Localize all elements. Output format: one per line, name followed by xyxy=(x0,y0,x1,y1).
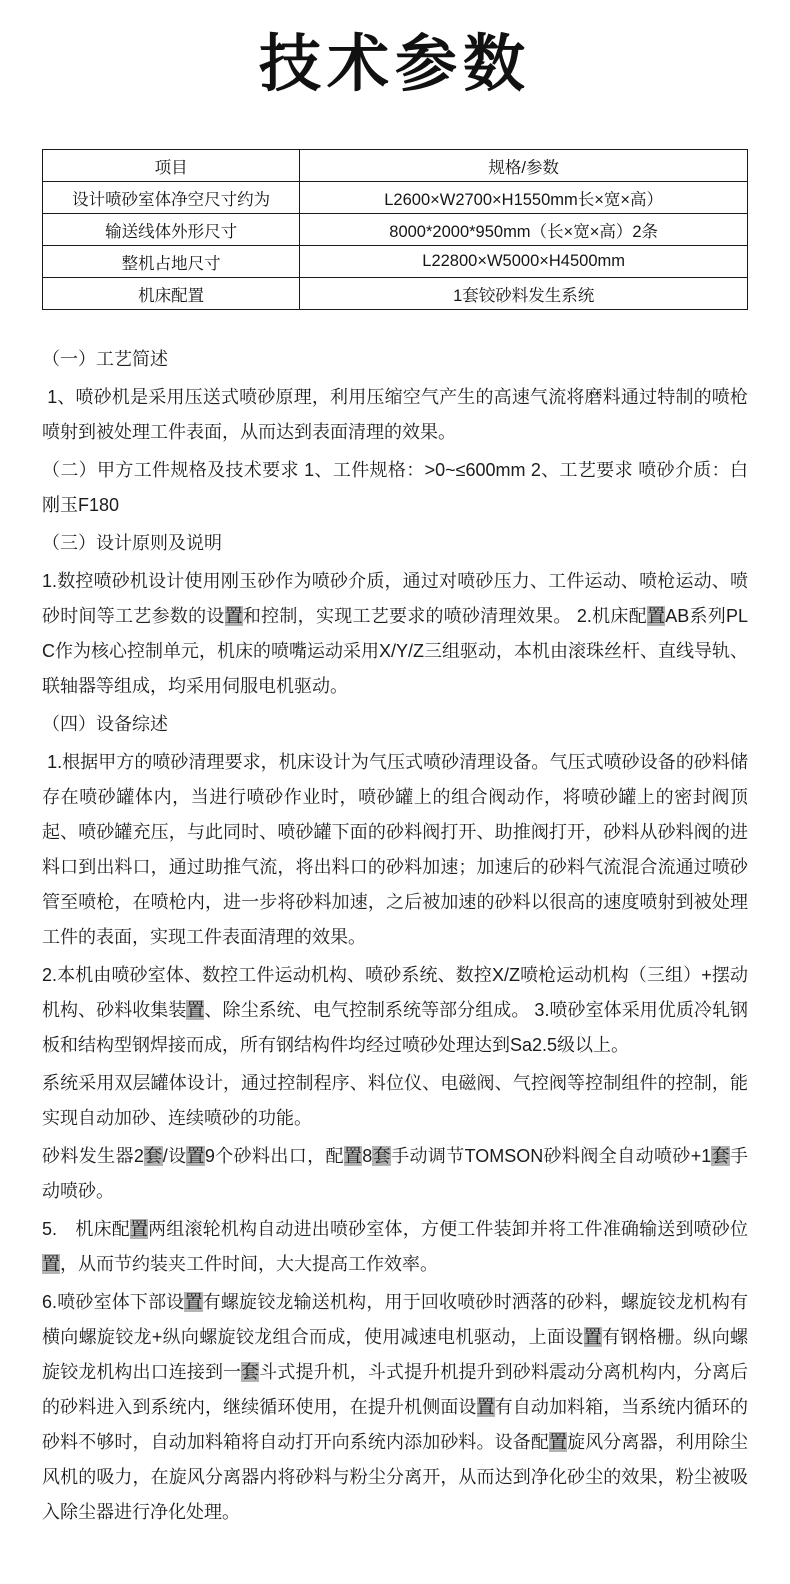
page-title: 技术参数 xyxy=(0,14,790,103)
paragraph: 2.本机由喷砂室体、数控工件运动机构、喷砂系统、数控X/Z喷枪运动机构（三组）+… xyxy=(42,958,748,1063)
highlighted-char: 置 xyxy=(184,1292,202,1312)
spec-item-cell: 输送线体外形尺寸 xyxy=(43,214,300,246)
highlighted-char: 置 xyxy=(42,1254,60,1274)
spec-value-cell: L22800×W5000×H4500mm xyxy=(300,246,748,278)
highlighted-char: 套 xyxy=(241,1362,259,1382)
spec-item-cell: 整机占地尺寸 xyxy=(43,246,300,278)
paragraph: 6.喷砂室体下部设置有螺旋铰龙输送机构，用于回收喷砂时洒落的砂料，螺旋铰龙机构有… xyxy=(42,1285,748,1530)
spec-table-header-spec: 规格/参数 xyxy=(300,150,748,182)
paragraph: （二）甲方工件规格及技术要求 1、工件规格：>0~≤600mm 2、工艺要求 喷… xyxy=(42,453,748,523)
spec-item-cell: 机床配置 xyxy=(43,278,300,310)
highlighted-char: 置 xyxy=(549,1432,567,1452)
highlighted-char: 置 xyxy=(130,1219,148,1239)
highlighted-char: 置 xyxy=(584,1327,602,1347)
paragraph: （一）工艺简述 xyxy=(42,342,748,377)
spec-table-header-item: 项目 xyxy=(43,150,300,182)
highlighted-char: 套 xyxy=(711,1146,730,1166)
paragraph: （三）设计原则及说明 xyxy=(42,526,748,561)
highlighted-char: 套 xyxy=(144,1146,163,1166)
paragraph: 1、喷砂机是采用压送式喷砂原理，利用压缩空气产生的高速气流将磨料通过特制的喷枪喷… xyxy=(42,380,748,450)
paragraph: 系统采用双层罐体设计，通过控制程序、料位仪、电磁阀、气控阀等控制组件的控制，能实… xyxy=(42,1066,748,1136)
spec-value-cell: 1套铰砂料发生系统 xyxy=(300,278,748,310)
highlighted-char: 置 xyxy=(186,1146,204,1166)
spec-table-row: 机床配置1套铰砂料发生系统 xyxy=(43,278,748,310)
spec-table-body: 设计喷砂室体净空尺寸约为L2600×W2700×H1550mm长×宽×高）输送线… xyxy=(43,182,748,310)
spec-value-cell: 8000*2000*950mm（长×宽×高）2条 xyxy=(300,214,748,246)
paragraph: 1.数控喷砂机设计使用刚玉砂作为喷砂介质，通过对喷砂压力、工件运动、喷枪运动、喷… xyxy=(42,564,748,704)
spec-item-cell: 设计喷砂室体净空尺寸约为 xyxy=(43,182,300,214)
paragraph: （四）设备综述 xyxy=(42,707,748,742)
spec-table-header-row: 项目 规格/参数 xyxy=(43,150,748,182)
document-page: 技术参数 项目 规格/参数 设计喷砂室体净空尺寸约为L2600×W2700×H1… xyxy=(0,14,790,1573)
paragraph: 砂料发生器2套/设置9个砂料出口，配置8套手动调节TOMSON砂料阀全自动喷砂+… xyxy=(42,1139,748,1209)
highlighted-char: 置 xyxy=(647,606,665,626)
spec-table-row: 设计喷砂室体净空尺寸约为L2600×W2700×H1550mm长×宽×高） xyxy=(43,182,748,214)
highlighted-char: 置 xyxy=(225,606,243,626)
spec-table-row: 输送线体外形尺寸8000*2000*950mm（长×宽×高）2条 xyxy=(43,214,748,246)
highlighted-char: 置 xyxy=(344,1146,362,1166)
spec-table: 项目 规格/参数 设计喷砂室体净空尺寸约为L2600×W2700×H1550mm… xyxy=(42,149,748,310)
highlighted-char: 套 xyxy=(372,1146,391,1166)
highlighted-char: 置 xyxy=(186,1000,204,1020)
body-content: （一）工艺简述 1、喷砂机是采用压送式喷砂原理，利用压缩空气产生的高速气流将磨料… xyxy=(42,342,748,1530)
paragraph: 1.根据甲方的喷砂清理要求，机床设计为气压式喷砂清理设备。气压式喷砂设备的砂料储… xyxy=(42,745,748,955)
spec-table-row: 整机占地尺寸L22800×W5000×H4500mm xyxy=(43,246,748,278)
spec-value-cell: L2600×W2700×H1550mm长×宽×高） xyxy=(300,182,748,214)
paragraph: 5. 机床配置两组滚轮机构自动进出喷砂室体，方便工件装卸并将工件准确输送到喷砂位… xyxy=(42,1212,748,1282)
highlighted-char: 置 xyxy=(477,1397,495,1417)
